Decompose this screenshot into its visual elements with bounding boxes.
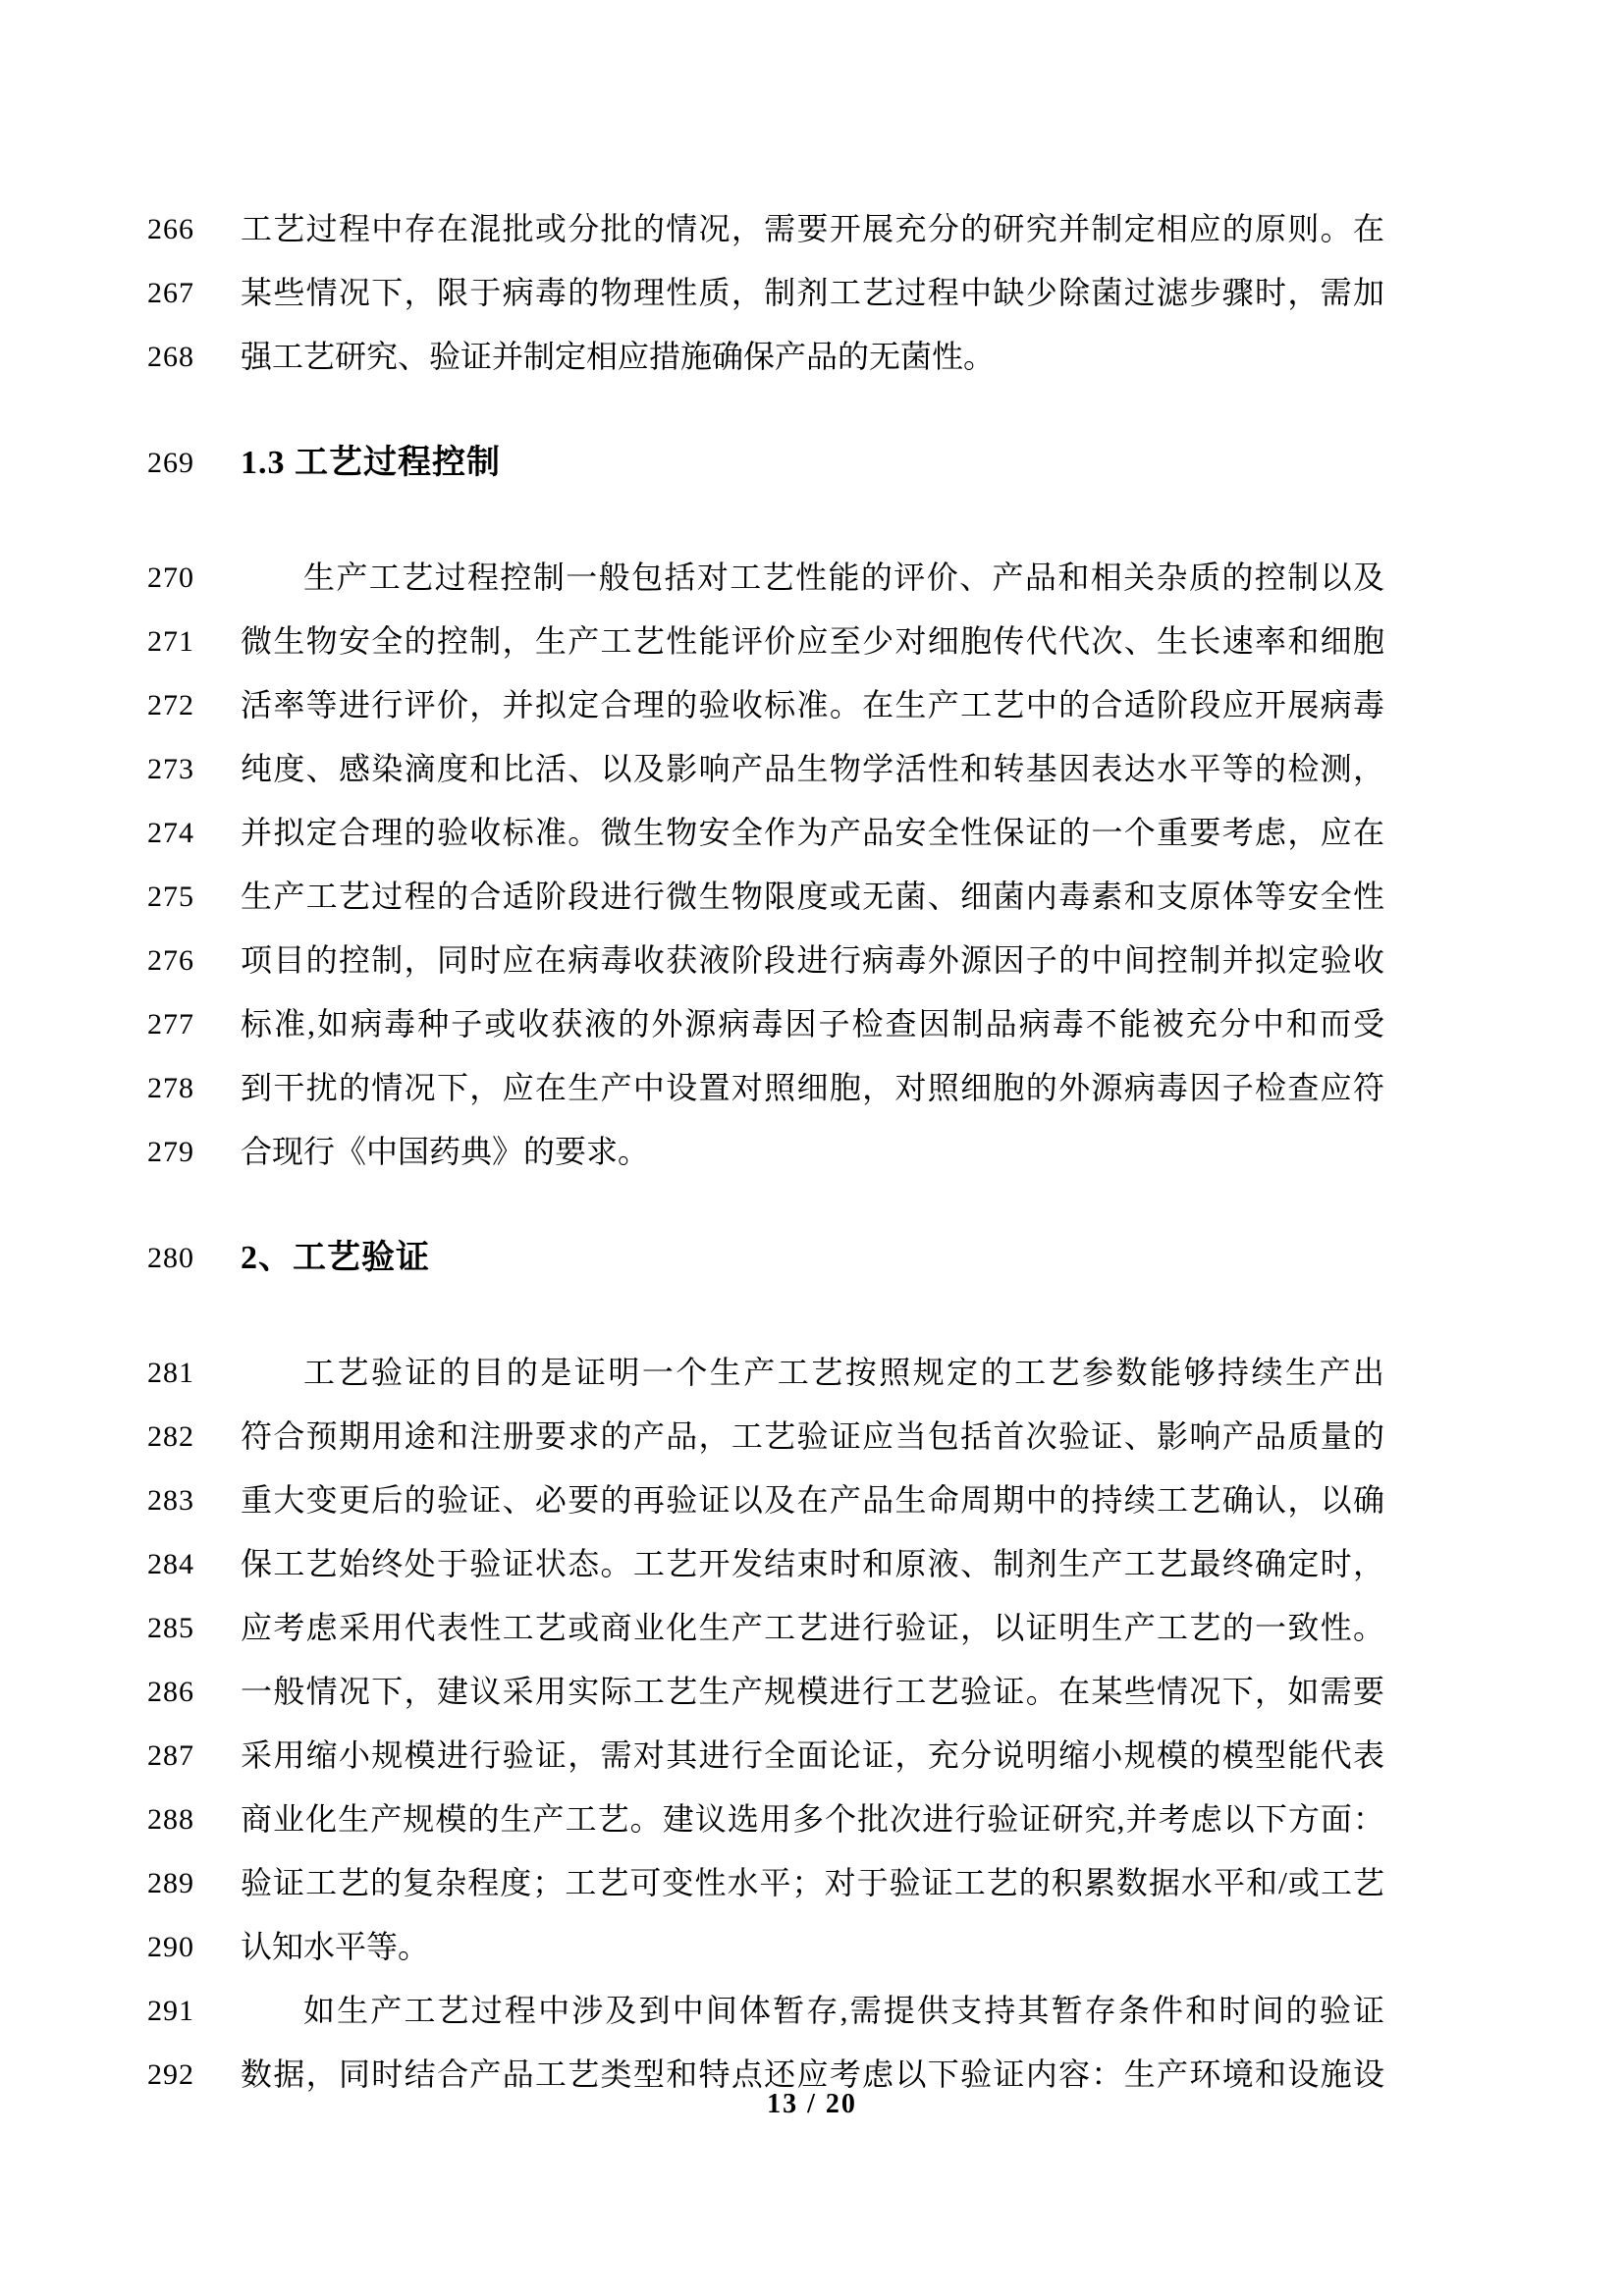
document-line: 290认知水平等。: [0, 1915, 1624, 1979]
document-line: 279合现行《中国药典》的要求。: [0, 1120, 1624, 1184]
line-text: 重大变更后的验证、必要的再验证以及在产品生命周期中的持续工艺确认，以确: [241, 1468, 1384, 1532]
document-line: 275生产工艺过程的合适阶段进行微生物限度或无菌、细菌内毒素和支原体等安全性: [0, 865, 1624, 929]
line-number: 277: [147, 992, 194, 1056]
document-line: 281工艺验证的目的是证明一个生产工艺按照规定的工艺参数能够持续生产出: [0, 1341, 1624, 1405]
line-number: 268: [147, 325, 194, 389]
line-number: 276: [147, 929, 194, 992]
document-line: 270生产工艺过程控制一般包括对工艺性能的评价、产品和相关杂质的控制以及: [0, 546, 1624, 610]
section-heading-line: 2802、工艺验证: [0, 1226, 1624, 1290]
line-number: 291: [147, 1979, 194, 2043]
line-text: 认知水平等。: [241, 1915, 1384, 1979]
line-number: 283: [147, 1468, 194, 1532]
line-number: 288: [147, 1788, 194, 1851]
line-number: 289: [147, 1851, 194, 1915]
line-number: 286: [147, 1660, 194, 1724]
document-line: 277标准,如病毒种子或收获液的外源病毒因子检查因制品病毒不能被充分中和而受: [0, 992, 1624, 1056]
line-number: 271: [147, 610, 194, 673]
document-line: 273纯度、感染滴度和比活、以及影响产品生物学活性和转基因表达水平等的检测，: [0, 737, 1624, 801]
line-text: 强工艺研究、验证并制定相应措施确保产品的无菌性。: [241, 325, 1384, 389]
line-number: 267: [147, 261, 194, 325]
line-number: 285: [147, 1596, 194, 1660]
document-line: 284保工艺始终处于验证状态。工艺开发结束时和原液、制剂生产工艺最终确定时，: [0, 1532, 1624, 1596]
document-line: 287采用缩小规模进行验证，需对其进行全面论证，充分说明缩小规模的模型能代表: [0, 1724, 1624, 1788]
document-line: 272活率等进行评价，并拟定合理的验收标准。在生产工艺中的合适阶段应开展病毒: [0, 673, 1624, 737]
line-text: 微生物安全的控制，生产工艺性能评价应至少对细胞传代代次、生长速率和细胞: [241, 610, 1384, 673]
document-line: 266工艺过程中存在混批或分批的情况，需要开展充分的研究并制定相应的原则。在: [0, 197, 1624, 261]
line-text: 商业化生产规模的生产工艺。建议选用多个批次进行验证研究,并考虑以下方面：: [241, 1788, 1384, 1851]
line-number: 275: [147, 865, 194, 929]
section-heading-text: 1.3 工艺过程控制: [241, 431, 1384, 495]
line-text: 并拟定合理的验收标准。微生物安全作为产品安全性保证的一个重要考虑，应在: [241, 801, 1384, 865]
document-body: 266工艺过程中存在混批或分批的情况，需要开展充分的研究并制定相应的原则。在26…: [0, 197, 1624, 2107]
line-text: 某些情况下，限于病毒的物理性质，制剂工艺过程中缺少除菌过滤步骤时，需加: [241, 261, 1384, 325]
line-text: 验证工艺的复杂程度；工艺可变性水平；对于验证工艺的积累数据水平和/或工艺: [241, 1851, 1384, 1915]
line-number: 270: [147, 546, 194, 610]
line-text: 合现行《中国药典》的要求。: [241, 1120, 1384, 1184]
document-line: 289验证工艺的复杂程度；工艺可变性水平；对于验证工艺的积累数据水平和/或工艺: [0, 1851, 1624, 1915]
line-number: 269: [147, 431, 194, 495]
line-text: 生产工艺过程控制一般包括对工艺性能的评价、产品和相关杂质的控制以及: [241, 546, 1384, 610]
page-number-indicator: 13 / 20: [0, 2089, 1624, 2120]
line-number: 287: [147, 1724, 194, 1788]
document-page: 266工艺过程中存在混批或分批的情况，需要开展充分的研究并制定相应的原则。在26…: [0, 0, 1624, 2296]
line-number: 273: [147, 737, 194, 801]
line-text: 生产工艺过程的合适阶段进行微生物限度或无菌、细菌内毒素和支原体等安全性: [241, 865, 1384, 929]
line-text: 应考虑采用代表性工艺或商业化生产工艺进行验证，以证明生产工艺的一致性。: [241, 1596, 1384, 1660]
line-number: 274: [147, 801, 194, 865]
document-line: 278到干扰的情况下，应在生产中设置对照细胞，对照细胞的外源病毒因子检查应符: [0, 1056, 1624, 1120]
line-text: 保工艺始终处于验证状态。工艺开发结束时和原液、制剂生产工艺最终确定时，: [241, 1532, 1384, 1596]
document-line: 291如生产工艺过程中涉及到中间体暂存,需提供支持其暂存条件和时间的验证: [0, 1979, 1624, 2043]
document-line: 285应考虑采用代表性工艺或商业化生产工艺进行验证，以证明生产工艺的一致性。: [0, 1596, 1624, 1660]
line-number: 290: [147, 1915, 194, 1979]
line-number: 281: [147, 1341, 194, 1405]
section-heading-line: 2691.3 工艺过程控制: [0, 431, 1624, 495]
line-text: 活率等进行评价，并拟定合理的验收标准。在生产工艺中的合适阶段应开展病毒: [241, 673, 1384, 737]
document-line: 288商业化生产规模的生产工艺。建议选用多个批次进行验证研究,并考虑以下方面：: [0, 1788, 1624, 1851]
document-line: 276项目的控制，同时应在病毒收获液阶段进行病毒外源因子的中间控制并拟定验收: [0, 929, 1624, 992]
document-line: 283重大变更后的验证、必要的再验证以及在产品生命周期中的持续工艺确认，以确: [0, 1468, 1624, 1532]
line-number: 284: [147, 1532, 194, 1596]
line-number: 272: [147, 673, 194, 737]
line-text: 采用缩小规模进行验证，需对其进行全面论证，充分说明缩小规模的模型能代表: [241, 1724, 1384, 1788]
section-heading-text: 2、工艺验证: [241, 1226, 1384, 1290]
line-text: 工艺过程中存在混批或分批的情况，需要开展充分的研究并制定相应的原则。在: [241, 197, 1384, 261]
line-number: 279: [147, 1120, 194, 1184]
line-number: 266: [147, 197, 194, 261]
line-number: 282: [147, 1405, 194, 1468]
document-line: 268强工艺研究、验证并制定相应措施确保产品的无菌性。: [0, 325, 1624, 389]
document-line: 282符合预期用途和注册要求的产品，工艺验证应当包括首次验证、影响产品质量的: [0, 1405, 1624, 1468]
line-text: 符合预期用途和注册要求的产品，工艺验证应当包括首次验证、影响产品质量的: [241, 1405, 1384, 1468]
line-text: 纯度、感染滴度和比活、以及影响产品生物学活性和转基因表达水平等的检测，: [241, 737, 1384, 801]
line-text: 工艺验证的目的是证明一个生产工艺按照规定的工艺参数能够持续生产出: [241, 1341, 1384, 1405]
document-line: 286一般情况下，建议采用实际工艺生产规模进行工艺验证。在某些情况下，如需要: [0, 1660, 1624, 1724]
line-text: 标准,如病毒种子或收获液的外源病毒因子检查因制品病毒不能被充分中和而受: [241, 992, 1384, 1056]
document-line: 267某些情况下，限于病毒的物理性质，制剂工艺过程中缺少除菌过滤步骤时，需加: [0, 261, 1624, 325]
line-text: 如生产工艺过程中涉及到中间体暂存,需提供支持其暂存条件和时间的验证: [241, 1979, 1384, 2043]
document-line: 274并拟定合理的验收标准。微生物安全作为产品安全性保证的一个重要考虑，应在: [0, 801, 1624, 865]
line-text: 项目的控制，同时应在病毒收获液阶段进行病毒外源因子的中间控制并拟定验收: [241, 929, 1384, 992]
line-number: 280: [147, 1226, 194, 1290]
line-number: 278: [147, 1056, 194, 1120]
document-line: 271微生物安全的控制，生产工艺性能评价应至少对细胞传代代次、生长速率和细胞: [0, 610, 1624, 673]
line-text: 一般情况下，建议采用实际工艺生产规模进行工艺验证。在某些情况下，如需要: [241, 1660, 1384, 1724]
line-text: 到干扰的情况下，应在生产中设置对照细胞，对照细胞的外源病毒因子检查应符: [241, 1056, 1384, 1120]
